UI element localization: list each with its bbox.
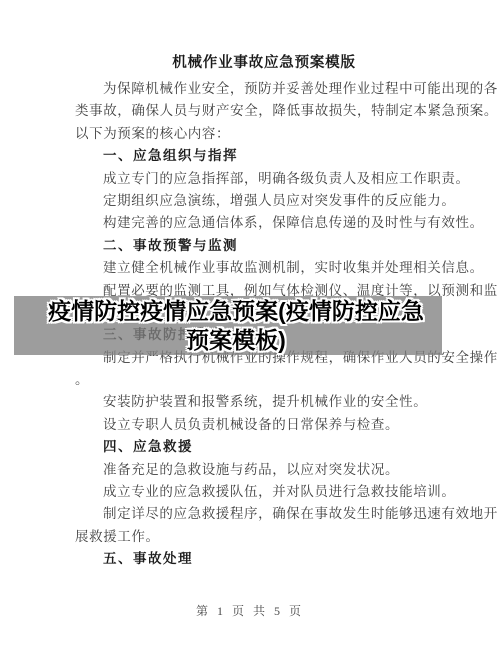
section-heading: 四、应急救援 [75,436,435,458]
body-line: 成立专门的应急指挥部，明确各级负责人及相应工作职责。 [75,168,435,190]
page-number: 第 1 页 共 5 页 [0,603,500,619]
body-line: 类事故，确保人员与财产安全，降低事故损失，特制定本紧急预案。 [75,100,435,122]
body-line: 安装防护装置和报警系统，提升机械作业的安全性。 [75,391,435,413]
section-heading: 五、事故处理 [75,548,435,570]
section-heading: 一、应急组织与指挥 [75,145,435,167]
body-line: 成立专业的应急救援队伍，并对队员进行急救技能培训。 [75,481,435,503]
watermark-text-line-1: 疫情防控疫情应急预案(疫情防控应急 [48,297,424,326]
body-line: 设立专职人员负责机械设备的日常保养与检查。 [75,414,435,436]
body-line: 展救援工作。 [75,526,435,548]
body-line: 定期组织应急演练，增强人员应对突发事件的反应能力。 [75,190,435,212]
body-line: 为保障机械作业安全，预防并妥善处理作业过程中可能出现的各 [75,78,435,100]
watermark-text-line-2: 预案模板) [186,326,286,355]
section-heading: 二、事故预警与监测 [75,235,435,257]
document-page: 机械作业事故应急预案模版 为保障机械作业安全，预防并妥善处理作业过程中可能出现的… [0,0,500,647]
body-line: 制定详尽的应急救援程序，确保在事故发生时能够迅速有效地开 [75,503,435,525]
body-line: 准备充足的急救设施与药品，以应对突发状况。 [75,459,435,481]
body-line: 。 [75,369,435,391]
body-line: 构建完善的应急通信体系，保障信息传递的及时性与有效性。 [75,212,435,234]
body-line: 建立健全机械作业事故监测机制，实时收集并处理相关信息。 [75,257,435,279]
watermark-overlay: 疫情防控疫情应急预案(疫情防控应急 预案模板) [14,296,442,355]
document-title: 机械作业事故应急预案模版 [75,53,425,73]
body-line: 以下为预案的核心内容： [75,123,435,145]
